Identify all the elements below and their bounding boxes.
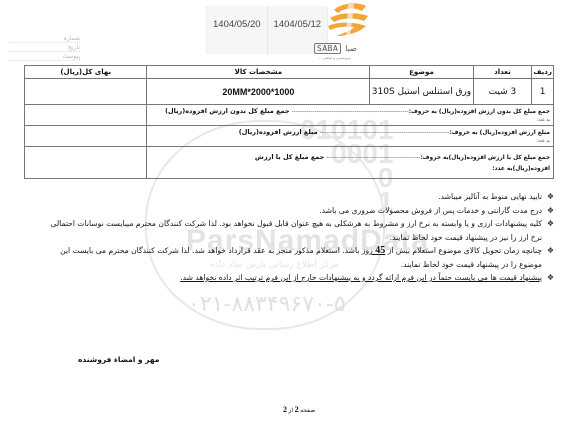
attachment-label: پیوست: [8, 52, 80, 61]
number-label: شماره: [8, 34, 80, 43]
list-item: ❖ پیشنهاد قیمت ها می بایست حتماً در این …: [44, 271, 554, 285]
cell-qty: 3 شیت: [473, 79, 532, 105]
col-qty: تعداد: [473, 66, 532, 79]
subtotal-value-cell[interactable]: [25, 105, 147, 126]
logo-tagline: پتروشیمی و صنعتی ...: [318, 56, 351, 60]
col-total: بهای کل(ریال): [25, 66, 147, 79]
logo-persian: صبا: [345, 44, 357, 53]
letter-meta-labels: شماره تاریخ پیوست: [8, 34, 80, 61]
list-item: ❖ تایید نهایی منوط به آنالیز میباشد.: [44, 190, 554, 204]
bullet-icon: ❖: [547, 271, 554, 285]
cell-subject: ورق استنلس استیل 310S: [370, 79, 473, 105]
col-row: ردیف: [532, 66, 554, 79]
cell-row: 1: [532, 79, 554, 105]
bullet-icon: ❖: [547, 190, 554, 204]
vat-value-cell[interactable]: [25, 126, 147, 147]
table-header-row: ردیف تعداد موضوع مشخصات کالا بهای کل(ریا…: [25, 66, 554, 79]
table-row: 1 3 شیت ورق استنلس استیل 310S 1000*2000*…: [25, 79, 554, 105]
col-subject: موضوع: [370, 66, 473, 79]
list-item: ❖ درج مدت گارانتی و خدمات پس از فروش محص…: [44, 204, 554, 218]
col-spec: مشخصات کالا: [147, 66, 370, 79]
delivery-days: 45: [375, 245, 385, 256]
list-item: ❖ کلیه پیشنهادات ارزی و یا وابسته به نرخ…: [44, 217, 554, 244]
deadline-date: 1404/05/20: [207, 6, 267, 54]
saba-logo-icon: [320, 2, 376, 40]
seller-signature-label: مهر و امضاء فروشنده: [78, 355, 159, 364]
page-number: صفحه 2 از 2: [283, 405, 315, 414]
cell-total[interactable]: [25, 79, 147, 105]
bullet-icon: ❖: [547, 244, 554, 258]
bullet-icon: ❖: [547, 217, 554, 231]
list-item: ❖ چنانچه زمان تحویل کالای موضوع استعلام …: [44, 244, 554, 271]
watermark-phone: ۰۲۱-۸۸۳۴۹۶۷۰-۵: [188, 292, 346, 317]
bullet-icon: ❖: [547, 204, 554, 218]
inquiry-table: ردیف تعداد موضوع مشخصات کالا بهای کل(ریا…: [24, 65, 554, 179]
summary-row-vat: مبلغ ارزش افزوده(ریال) به حروف:---------…: [25, 126, 554, 147]
logo-latin: SABA: [314, 43, 341, 54]
summary-row-grand-total: جمع مبلغ کل با ارزش افزوده(ریال)به حروف:…: [25, 147, 554, 179]
terms-list: ❖ تایید نهایی منوط به آنالیز میباشد. ❖ د…: [44, 190, 554, 285]
cell-spec: 1000*2000*20MM: [147, 79, 370, 105]
grand-total-value-cell[interactable]: [25, 147, 147, 179]
date-stamps: 1404/05/20 1404/05/12: [206, 6, 328, 54]
date-label: تاریخ: [8, 43, 80, 52]
company-logo: SABA صبا پتروشیمی و صنعتی ...: [312, 2, 392, 64]
summary-row-subtotal: جمع مبلغ کل بدون ارزش افزوده(ریال) به حر…: [25, 105, 554, 126]
